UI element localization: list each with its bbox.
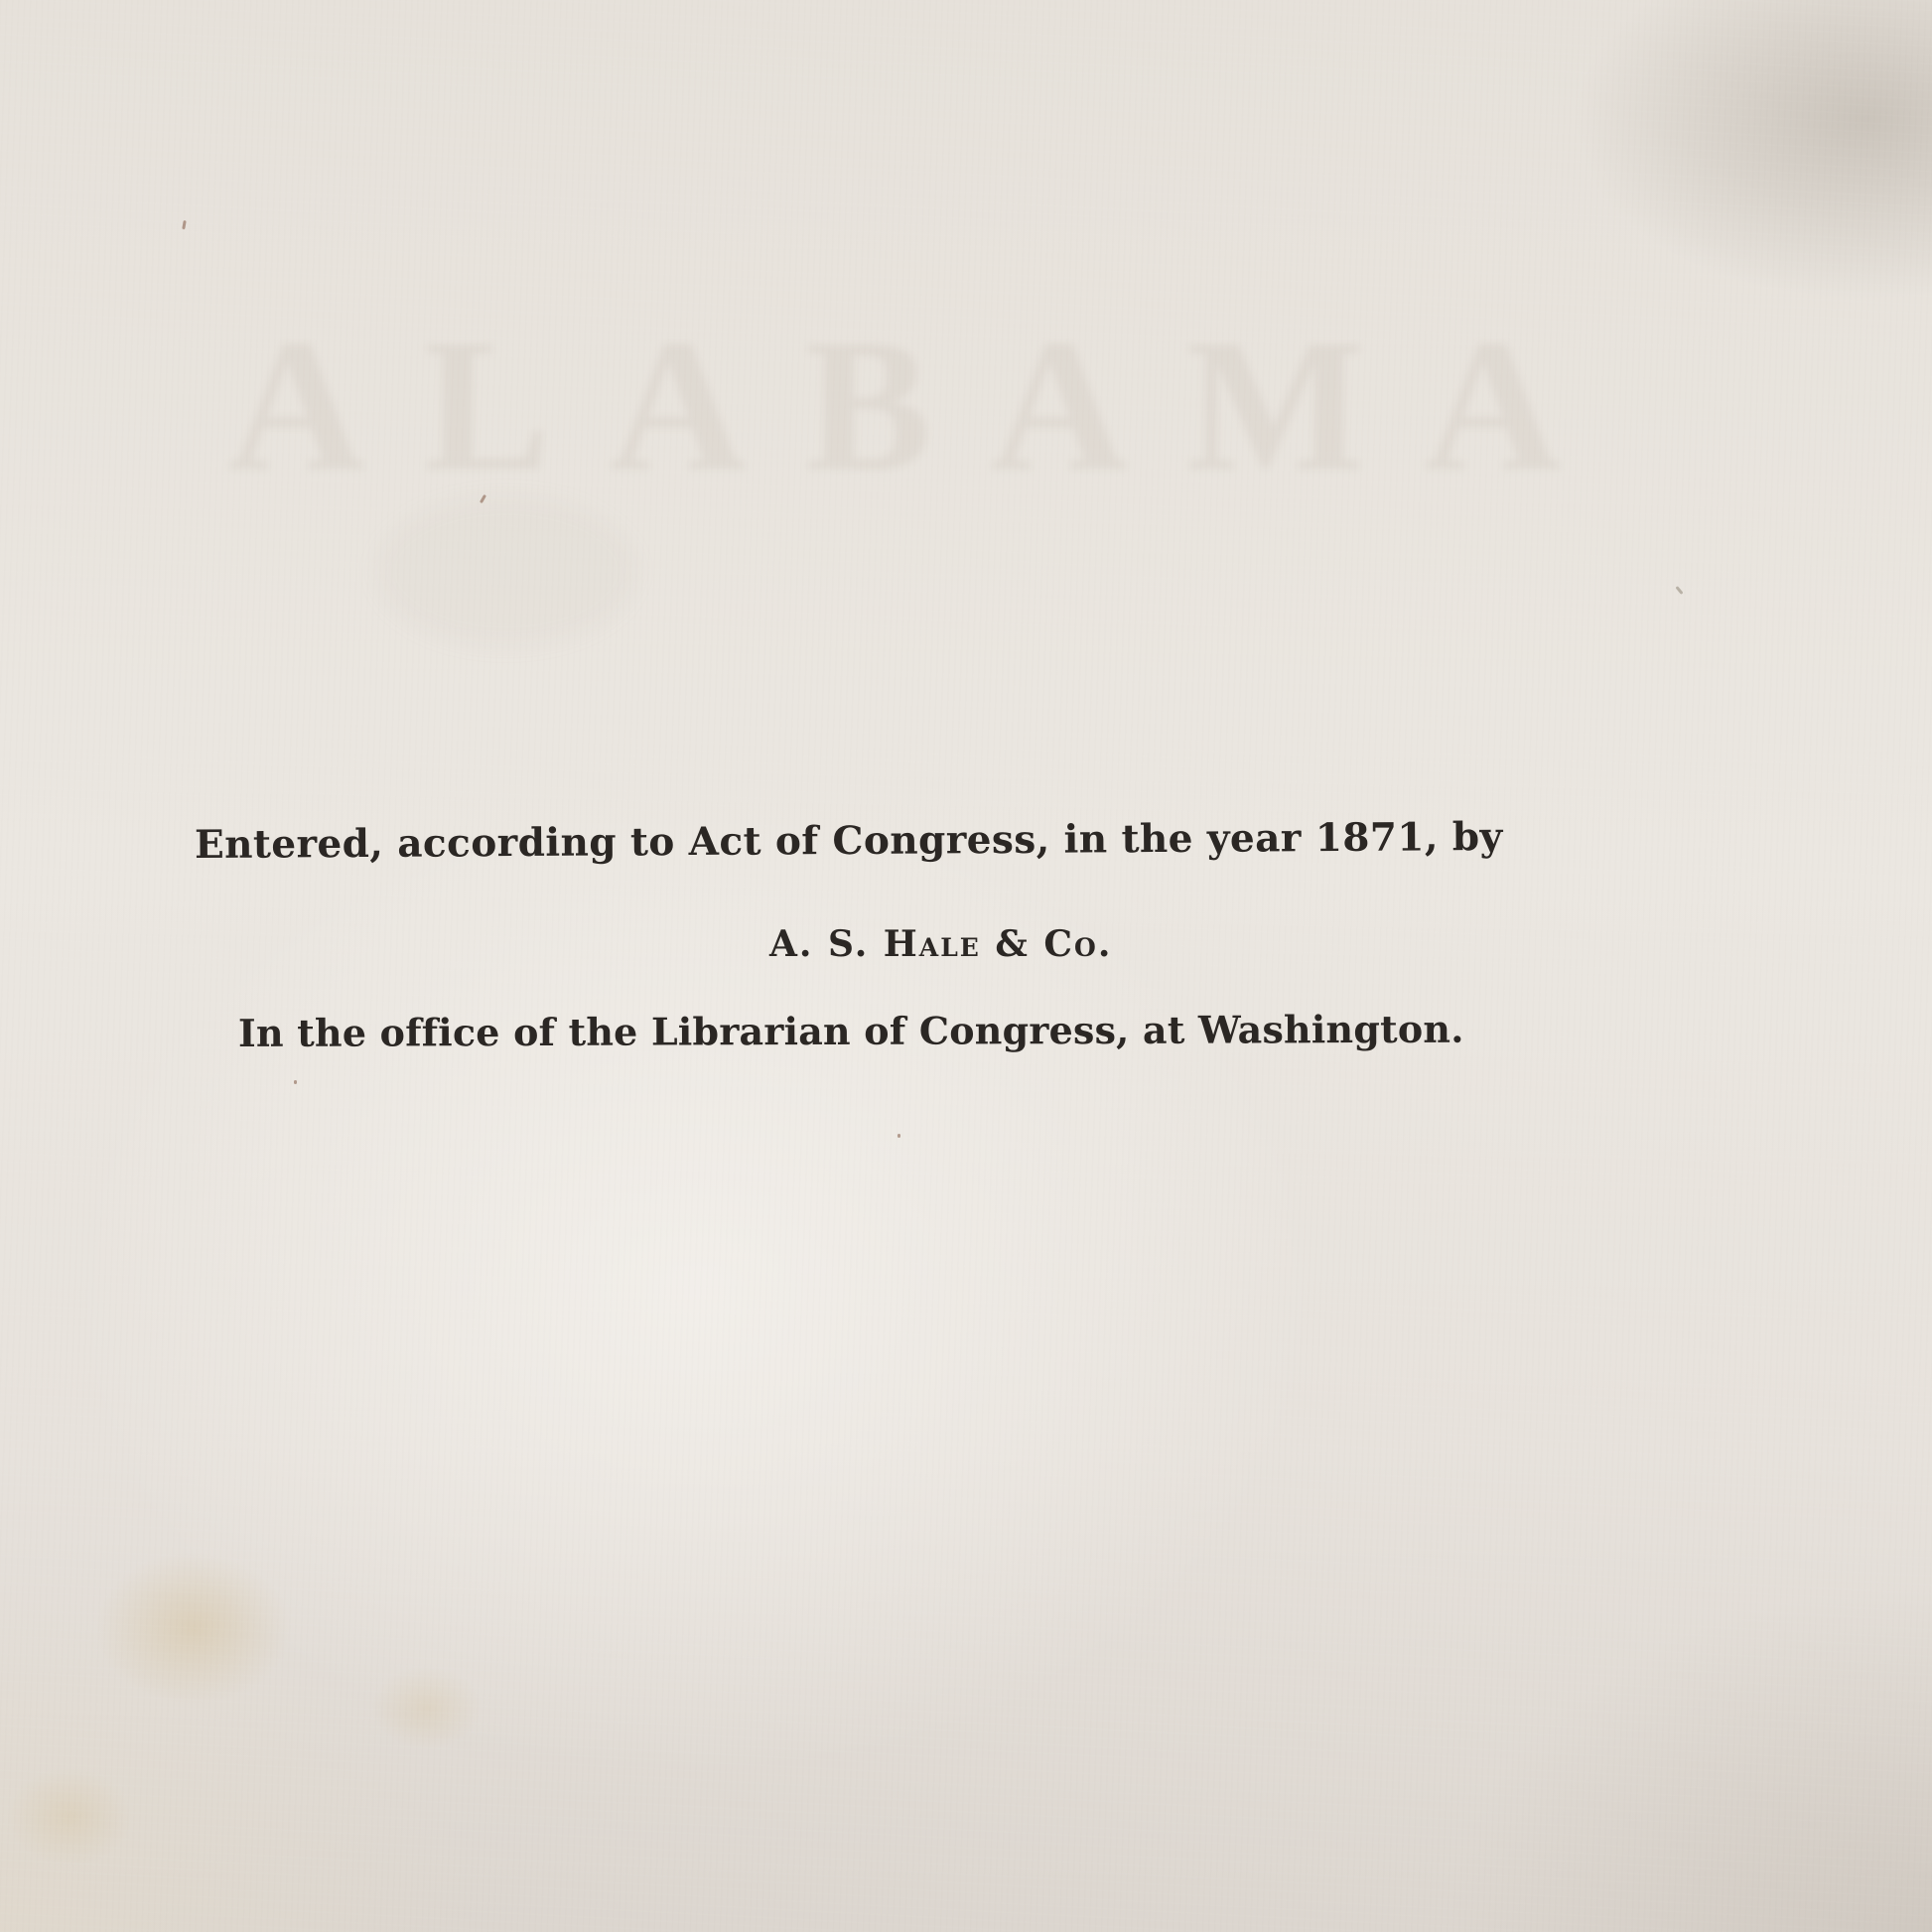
copyright-office-line: In the office of the Librarian of Congre…	[238, 1007, 1464, 1055]
paper-grain	[0, 0, 1932, 1932]
copyright-entry-line: Entered, according to Act of Congress, i…	[195, 814, 1503, 868]
paper-fleck	[897, 1134, 900, 1138]
show-through-shadow	[377, 496, 635, 645]
paper-page: ALABAMA Entered, according to Act of Con…	[0, 0, 1932, 1932]
show-through-title: ALABAMA	[228, 298, 1618, 477]
paper-fleck	[294, 1080, 297, 1084]
publisher-name: A. S. Hale & Co.	[769, 923, 1112, 965]
